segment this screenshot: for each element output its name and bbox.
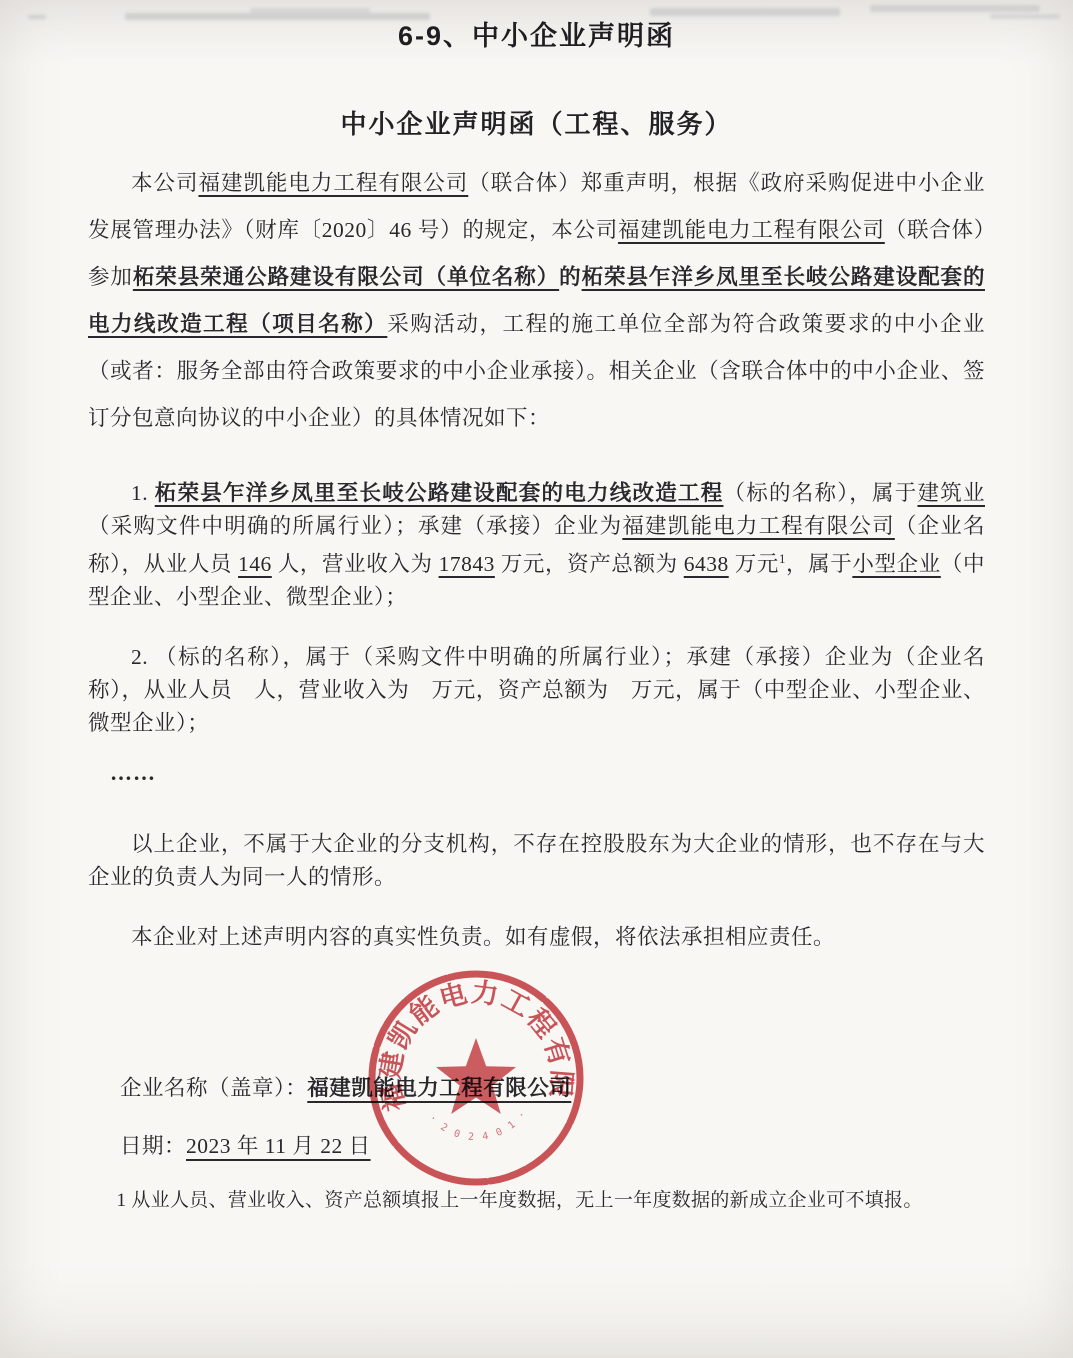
text-run: 万元 — [729, 552, 779, 576]
emphasized-text-run: 柘荣县荣通公路建设有限公司（单位名称） — [133, 265, 559, 289]
emphasized-text-run: 福建凯能电力工程有限公司 — [622, 514, 895, 538]
assurance-paragraph-1: 以上企业，不属于大企业的分支机构，不存在控股股东为大企业的情形，也不存在与大企业… — [88, 828, 985, 894]
company-name-label: 企业名称（盖章）： — [120, 1076, 307, 1100]
company-seal: 福建凯能电力工程有限公司 · 2 0 2 4 0 1 · — [350, 952, 602, 1204]
seal-graphics: 福建凯能电力工程有限公司 · 2 0 2 4 0 1 · — [350, 952, 580, 1182]
emphasized-text-run: 146 — [238, 552, 272, 576]
text-run: 本企业对上述声明内容的真实性负责。如有虚假，将依法承担相应责任。 — [131, 925, 835, 949]
date-row: 日期：2023 年 11 月 22 日 — [120, 1129, 381, 1160]
text-run: 1. — [131, 481, 155, 505]
ellipsis-placeholder: …… — [88, 760, 985, 786]
emphasized-text-run: 柘荣县乍洋乡凤里至长岐公路建设配套的电力线改造工程 — [155, 481, 724, 505]
document-page: 6-9、中小企业声明函 中小企业声明函（工程、服务） 本公司福建凯能电力工程有限… — [0, 0, 1073, 1358]
text-run: 2. （标的名称），属于（采购文件中明确的所属行业）；承建（承接）企业为（企业名… — [88, 645, 985, 735]
emphasized-text-run: 建筑业 — [917, 481, 985, 505]
star-icon — [436, 1038, 516, 1114]
date-label: 日期： — [120, 1134, 186, 1158]
assurance-paragraph-2: 本企业对上述声明内容的真实性负责。如有虚假，将依法承担相应责任。 — [88, 921, 985, 954]
svg-text:· 2 0 2 4 0 1 ·: · 2 0 2 4 0 1 · — [427, 1109, 530, 1144]
intro-paragraph: 本公司福建凯能电力工程有限公司（联合体）郑重声明，根据《政府采购促进中小企业发展… — [88, 160, 985, 442]
scan-artifact — [250, 8, 370, 13]
text-run: ，属于 — [786, 552, 852, 576]
text-run: （标的名称），属于 — [723, 481, 917, 505]
seal-serial-text: · 2 0 2 4 0 1 · — [427, 1109, 530, 1144]
emphasized-text-run: 的 — [559, 265, 581, 289]
text-run: 万元，资产总额为 — [495, 552, 684, 576]
footnote: 1 从业人员、营业收入、资产总额填报上一年度数据，无上一年度数据的新成立企业可不… — [88, 1184, 985, 1217]
page-title: 6-9、中小企业声明函 — [0, 14, 1073, 53]
emphasized-text-run: 福建凯能电力工程有限公司 — [198, 171, 468, 195]
emphasized-text-run: 小型企业 — [852, 552, 940, 576]
emphasized-text-run: 6438 — [684, 552, 729, 576]
text-run: 1 从业人员、营业收入、资产总额填报上一年度数据，无上一年度数据的新成立企业可不… — [117, 1190, 923, 1211]
enterprise-item-1: 1. 柘荣县乍洋乡凤里至长岐公路建设配套的电力线改造工程（标的名称），属于建筑业… — [88, 477, 985, 614]
scan-artifact — [870, 5, 1040, 12]
emphasized-text-run: 17843 — [439, 552, 495, 576]
text-run: 1 — [779, 552, 786, 566]
text-run: 以上企业，不属于大企业的分支机构，不存在控股股东为大企业的情形，也不存在与大企业… — [88, 832, 985, 889]
text-run: （采购文件中明确的所属行业）；承建（承接）企业为 — [88, 514, 622, 538]
emphasized-text-run: 福建凯能电力工程有限公司 — [618, 218, 885, 242]
page-subtitle: 中小企业声明函（工程、服务） — [0, 104, 1073, 141]
text-run: 人，营业收入为 — [272, 552, 439, 576]
enterprise-item-2: 2. （标的名称），属于（采购文件中明确的所属行业）；承建（承接）企业为（企业名… — [88, 641, 985, 740]
text-run: 本公司 — [131, 171, 198, 195]
